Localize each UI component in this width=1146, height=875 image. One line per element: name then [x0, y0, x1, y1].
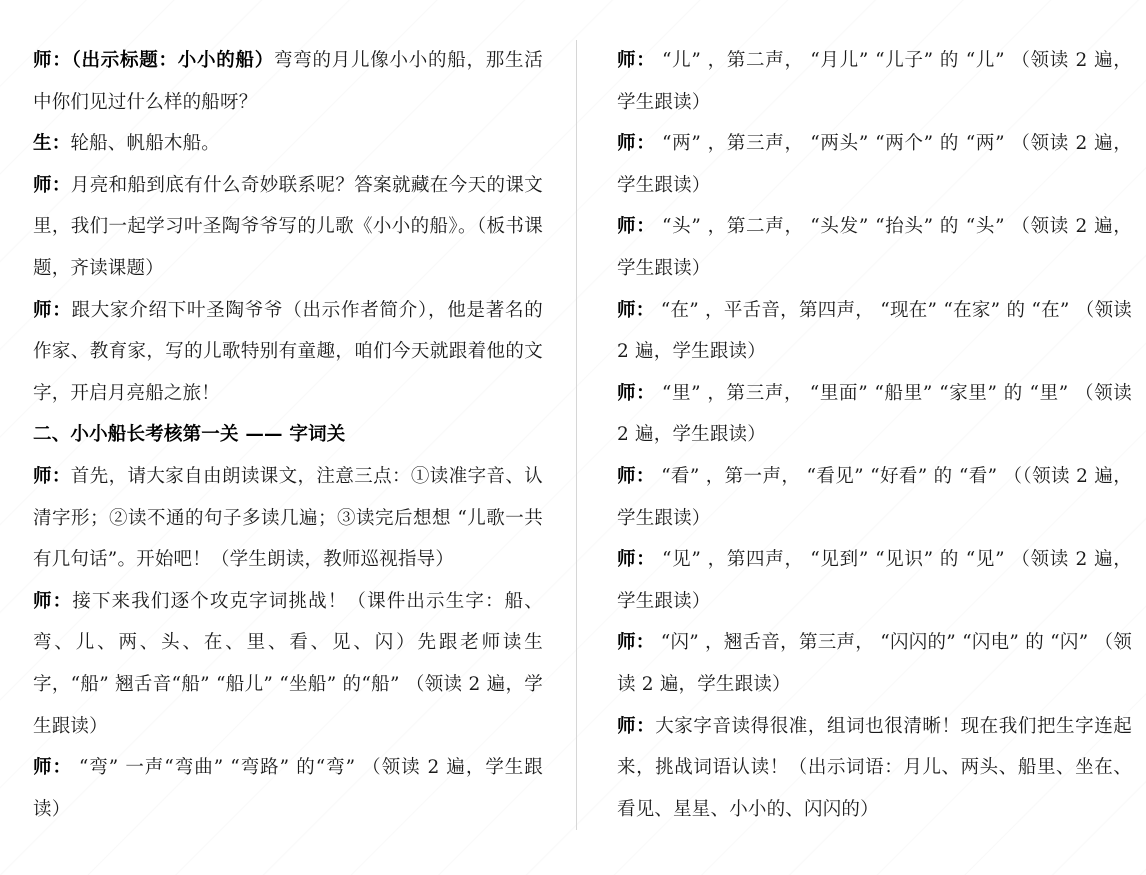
speaker-label: 师：	[33, 466, 71, 487]
column-divider	[576, 40, 577, 830]
speaker-label: 师：	[617, 50, 655, 71]
paragraph-author-intro: 师：跟大家介绍下叶圣陶爷爷（出示作者简介），他是著名的作家、教育家，写的儿歌特别…	[33, 290, 543, 415]
paragraph-char-jian: 师： “见” ，第四声， “见到” “见识” 的 “见” （领读 2 遍，学生跟…	[617, 539, 1132, 622]
section-heading: 二、小小船长考核第一关 —— 字词关	[33, 414, 543, 456]
bold-title-note: （出示标题：小小的船）	[72, 50, 275, 71]
paragraph-text: “里” ，第三声， “里面” “船里” “家里” 的 “里” （领读 2 遍，学…	[617, 383, 1132, 446]
speaker-label: 师：	[33, 591, 72, 612]
speaker-label: 师：	[617, 632, 655, 653]
paragraph-text: 首先，请大家自由朗读课文，注意三点：①读准字音、认清字形；②读不通的句子多读几遍…	[33, 466, 543, 570]
paragraph-text: “儿” ，第二声， “月儿” “儿子” 的 “儿” （领读 2 遍，学生跟读）	[617, 50, 1132, 113]
paragraph-text: “看” ，第一声， “看见” “好看” 的 “看” （（领读 2 遍，学生跟读）	[617, 466, 1132, 529]
paragraph-text: “弯” 一声“弯曲” “弯路” 的“弯” （领读 2 遍，学生跟读）	[33, 757, 543, 820]
speaker-label: 师：	[617, 466, 655, 487]
paragraph-char-er: 师： “儿” ，第二声， “月儿” “儿子” 的 “儿” （领读 2 遍，学生跟…	[617, 40, 1132, 123]
paragraph-text: “闪” ，翘舌音，第三声， “闪闪的” “闪电” 的 “闪” （领读 2 遍，学…	[617, 632, 1132, 695]
paragraph-char-tou: 师： “头” ，第二声， “头发” “抬头” 的 “头” （领读 2 遍，学生跟…	[617, 206, 1132, 289]
paragraph-text: 月亮和船到底有什么奇妙联系呢？答案就藏在今天的课文里，我们一起学习叶圣陶爷爷写的…	[33, 175, 543, 279]
paragraph-char-li: 师： “里” ，第三声， “里面” “船里” “家里” 的 “里” （领读 2 …	[617, 373, 1132, 456]
speaker-label: 师：	[617, 300, 655, 321]
speaker-label: 生：	[33, 133, 70, 154]
speaker-label: 师：	[617, 716, 655, 737]
paragraph-char-liang: 师： “两” ，第三声， “两头” “两个” 的 “两” （领读 2 遍，学生跟…	[617, 123, 1132, 206]
paragraph-char-zai: 师： “在” ，平舌音，第四声， “现在” “在家” 的 “在” （领读 2 遍…	[617, 290, 1132, 373]
paragraph-text: “头” ，第二声， “头发” “抬头” 的 “头” （领读 2 遍，学生跟读）	[617, 216, 1132, 279]
paragraph-text: “在” ，平舌音，第四声， “现在” “在家” 的 “在” （领读 2 遍，学生…	[617, 300, 1132, 363]
speaker-label: 师：	[33, 300, 72, 321]
paragraph-text: 大家字音读得很准，组词也很清晰！现在我们把生字连起来，挑战词语认读！（出示词语：…	[617, 716, 1132, 820]
speaker-label: 师：	[33, 175, 71, 196]
paragraph-char-kan: 师： “看” ，第一声， “看见” “好看” 的 “看” （（领读 2 遍，学生…	[617, 456, 1132, 539]
paragraph-word-reading: 师：大家字音读得很准，组词也很清晰！现在我们把生字连起来，挑战词语认读！（出示词…	[617, 706, 1132, 831]
paragraph-text: “两” ，第三声， “两头” “两个” 的 “两” （领读 2 遍，学生跟读）	[617, 133, 1132, 196]
paragraph-char-wan: 师： “弯” 一声“弯曲” “弯路” 的“弯” （领读 2 遍，学生跟读）	[33, 747, 543, 830]
paragraph-character-list: 师：接下来我们逐个攻克字词挑战！（课件出示生字：船、弯、儿、两、头、在、里、看、…	[33, 581, 543, 747]
speaker-label: 师：	[617, 133, 655, 154]
paragraph-text: “见” ，第四声， “见到” “见识” 的 “见” （领读 2 遍，学生跟读）	[617, 549, 1132, 612]
left-column: 师：（出示标题：小小的船）弯弯的月儿像小小的船，那生活中你们见过什么样的船呀？ …	[33, 40, 543, 830]
speaker-label: 师：	[617, 549, 655, 570]
speaker-label: 师：	[33, 757, 72, 778]
paragraph-moon-boat: 师：月亮和船到底有什么奇妙联系呢？答案就藏在今天的课文里，我们一起学习叶圣陶爷爷…	[33, 165, 543, 290]
paragraph-text: 轮船、帆船木船。	[70, 133, 220, 154]
speaker-label: 师：	[33, 50, 72, 71]
speaker-label: 师：	[617, 383, 655, 404]
paragraph-intro-title: 师：（出示标题：小小的船）弯弯的月儿像小小的船，那生活中你们见过什么样的船呀？	[33, 40, 543, 123]
paragraph-char-shan: 师： “闪” ，翘舌音，第三声， “闪闪的” “闪电” 的 “闪” （领读 2 …	[617, 622, 1132, 705]
speaker-label: 师：	[617, 216, 655, 237]
paragraph-student-answer: 生：轮船、帆船木船。	[33, 123, 543, 165]
paragraph-free-reading: 师：首先，请大家自由朗读课文，注意三点：①读准字音、认清字形；②读不通的句子多读…	[33, 456, 543, 581]
paragraph-text: 跟大家介绍下叶圣陶爷爷（出示作者简介），他是著名的作家、教育家，写的儿歌特别有童…	[33, 300, 543, 404]
paragraph-text: 接下来我们逐个攻克字词挑战！（课件出示生字：船、弯、儿、两、头、在、里、看、见、…	[33, 591, 543, 737]
right-column: 师： “儿” ，第二声， “月儿” “儿子” 的 “儿” （领读 2 遍，学生跟…	[617, 40, 1132, 830]
